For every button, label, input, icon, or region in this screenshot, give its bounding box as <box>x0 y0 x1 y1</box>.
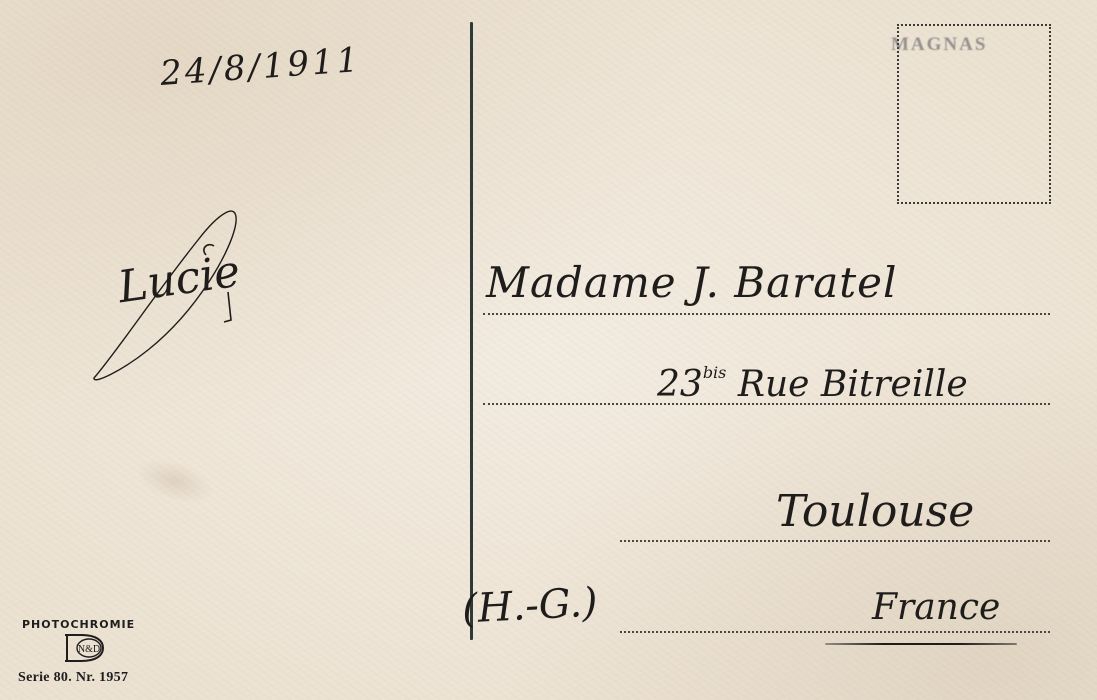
address-country: France <box>872 590 1000 626</box>
address-line-3 <box>620 540 1050 542</box>
address-line-4 <box>620 631 1050 633</box>
stamp-box: MAGNAS <box>897 24 1051 204</box>
street-name: Rue Bitreille <box>738 364 968 405</box>
imprint-brand: PHOTOCHROMIE <box>18 618 158 631</box>
address-line-1 <box>483 313 1050 315</box>
address-city: Toulouse <box>776 490 974 534</box>
country-underline <box>825 643 1017 645</box>
vertical-divider <box>470 22 473 640</box>
imprint-series: Serie 80. Nr. 1957 <box>18 670 158 686</box>
stamp-placeholder-mark: MAGNAS <box>891 34 987 56</box>
address-street: 23bis Rue Bitreille <box>657 365 968 403</box>
postcard-back: 24/8/1911 Lucie PHOTOCHROMIE N&D Serie 8… <box>0 0 1097 700</box>
street-suffix: bis <box>703 363 727 382</box>
dd-monogram-icon: N&D <box>63 633 113 663</box>
addressee-name: Madame J. Baratel <box>486 262 897 304</box>
paper-stain <box>131 451 219 512</box>
publisher-imprint: PHOTOCHROMIE N&D Serie 80. Nr. 1957 <box>18 618 158 686</box>
svg-text:N&D: N&D <box>78 644 100 655</box>
address-department: (H.-G.) <box>461 582 598 629</box>
street-number: 23 <box>657 364 703 405</box>
handwritten-date: 24/8/1911 <box>159 43 362 91</box>
